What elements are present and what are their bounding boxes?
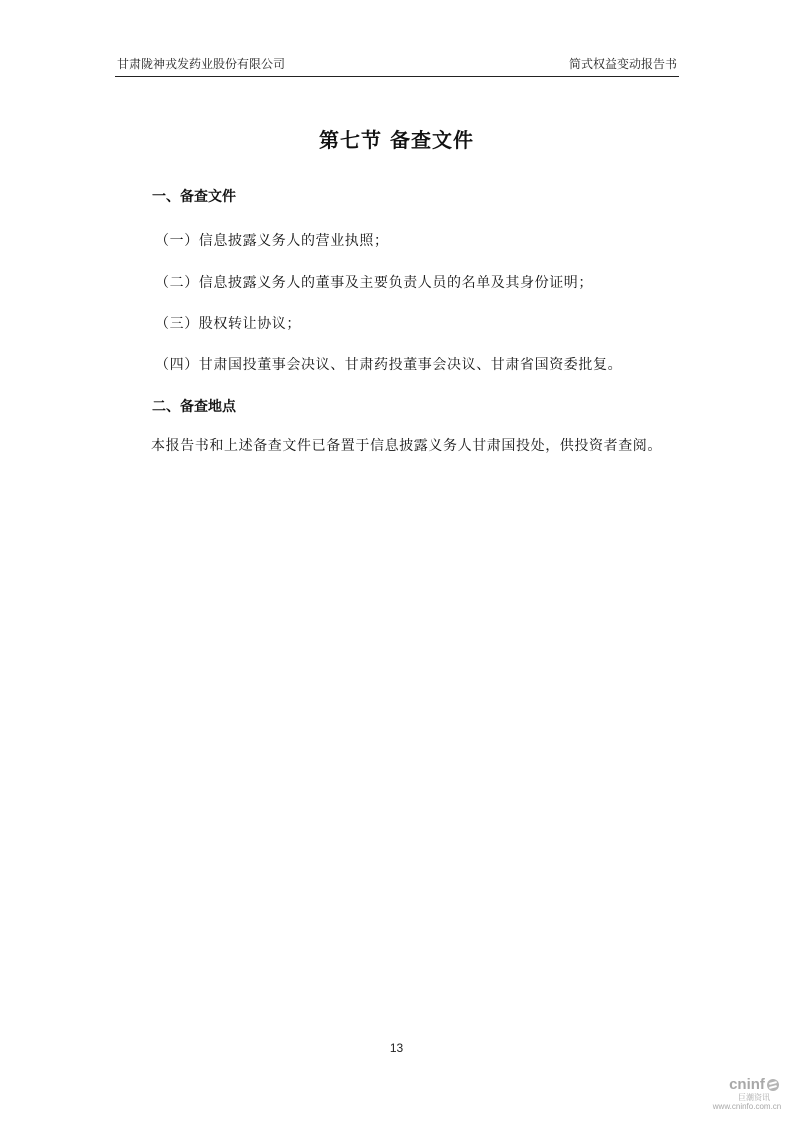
header-company-name: 甘肃陇神戎发药业股份有限公司 bbox=[117, 55, 285, 72]
document-item-3: （三）股权转让协议； bbox=[155, 313, 301, 333]
watermark-brand-cn: 巨潮资讯 bbox=[715, 1093, 793, 1102]
section-heading-documents: 一、备查文件 bbox=[152, 186, 236, 206]
page-number: 13 bbox=[0, 1041, 793, 1055]
section-heading-location: 二、备查地点 bbox=[152, 396, 236, 416]
watermark-brand-text: cninf bbox=[729, 1076, 765, 1093]
page-header: 甘肃陇神戎发药业股份有限公司 简式权益变动报告书 bbox=[117, 52, 677, 74]
header-document-type: 简式权益变动报告书 bbox=[569, 55, 677, 72]
watermark-brand: cninf bbox=[715, 1076, 793, 1093]
document-item-2: （二）信息披露义务人的董事及主要负责人员的名单及其身份证明； bbox=[155, 272, 593, 292]
cninfo-logo-icon bbox=[767, 1079, 779, 1091]
location-paragraph: 本报告书和上述备查文件已备置于信息披露义务人甘肃国投处，供投资者查阅。 bbox=[115, 431, 680, 462]
document-item-4: （四）甘肃国投董事会决议、甘肃药投董事会决议、甘肃省国资委批复。 bbox=[155, 354, 622, 374]
header-divider bbox=[115, 76, 679, 77]
cninfo-watermark: cninf 巨潮资讯 www.cninfo.com.cn bbox=[715, 1076, 793, 1112]
section-title: 第七节 备查文件 bbox=[0, 124, 793, 153]
watermark-url: www.cninfo.com.cn bbox=[701, 1102, 793, 1112]
document-item-1: （一）信息披露义务人的营业执照； bbox=[155, 230, 389, 250]
